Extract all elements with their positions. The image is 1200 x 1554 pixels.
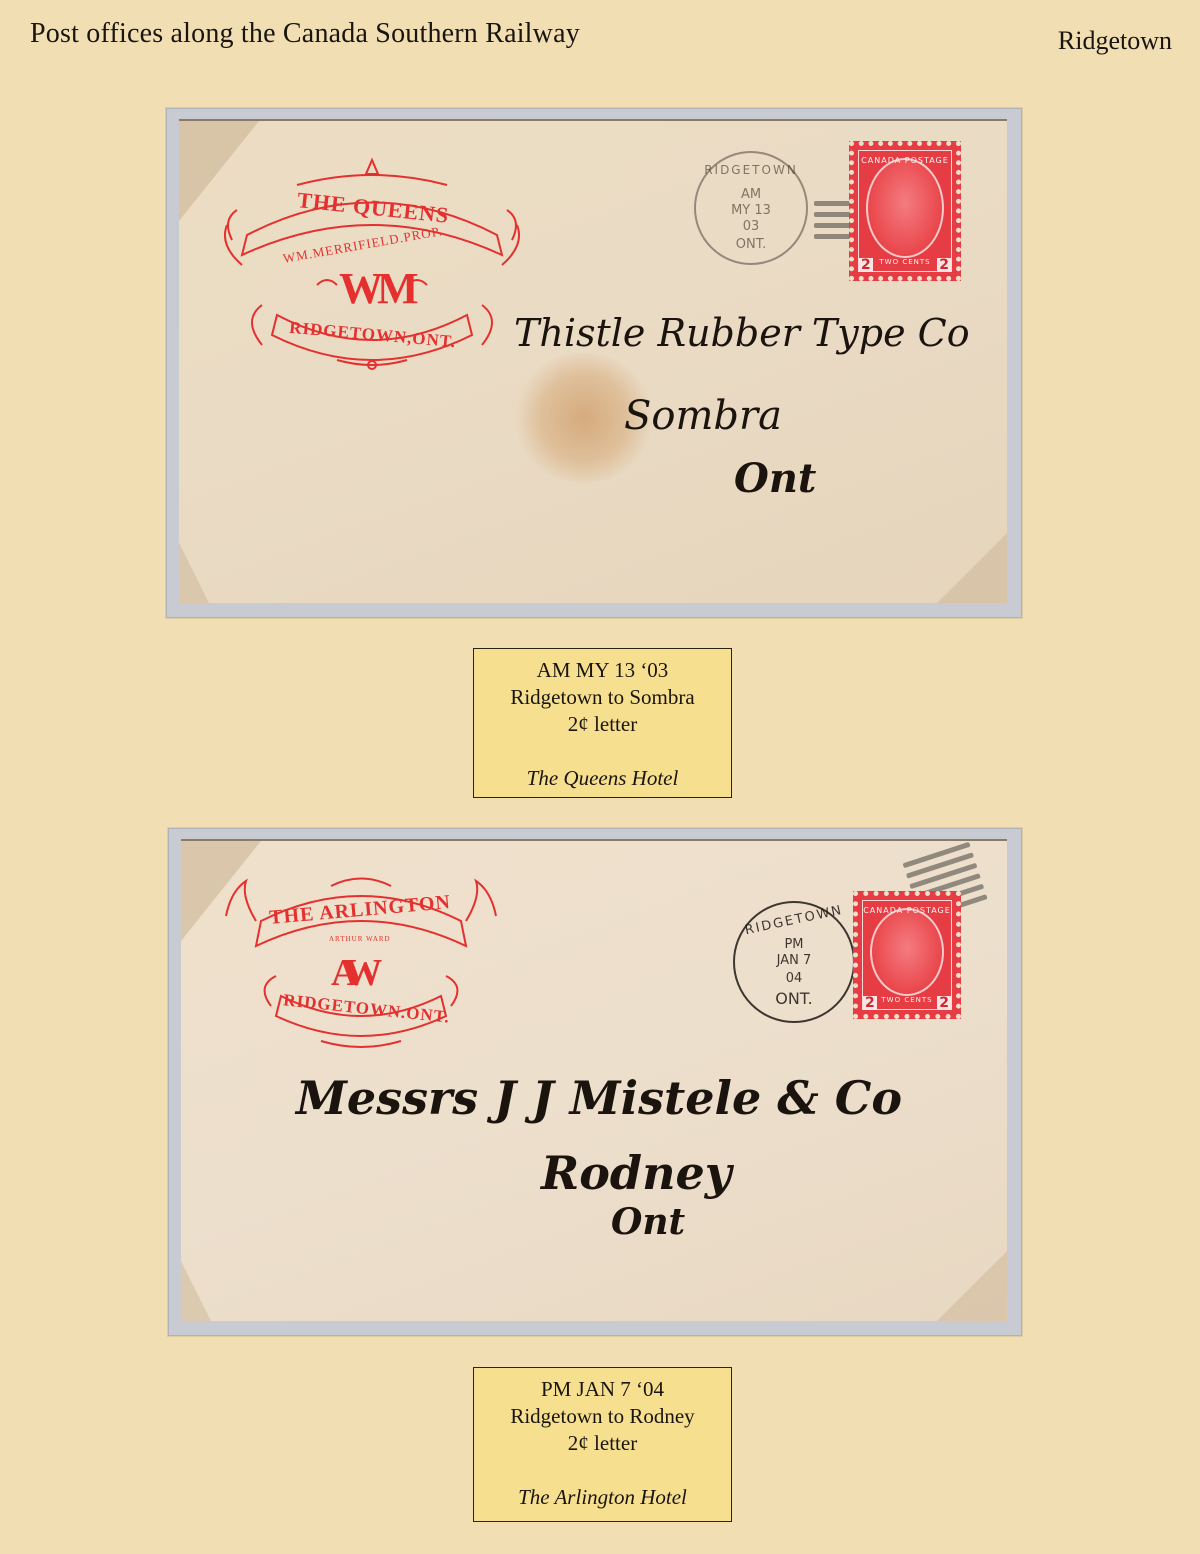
cover-mount-1: THE QUEENS WM.MERRIFIELD.PROP. WM RIDGET… xyxy=(166,108,1022,618)
cover-mount-2: THE ARLINGTON ARTHUR WARD AW RIDGETOWN.O… xyxy=(168,828,1022,1336)
caption-date: AM MY 13 ‘03 xyxy=(474,657,731,684)
postage-stamp-victoria: CANADA POSTAGE TWO CENTS 2 2 xyxy=(849,141,961,281)
stamp-top-text: CANADA POSTAGE xyxy=(854,156,956,165)
caption-route: Ridgetown to Rodney xyxy=(474,1403,731,1430)
postmark-town: RIDGETOWN xyxy=(735,901,854,940)
address-line-3: Ont xyxy=(611,1201,685,1243)
postmark-date: MY 13 xyxy=(696,203,806,218)
stamp-denomination: 2 xyxy=(937,258,951,272)
envelope-flap xyxy=(181,1261,211,1321)
stamp-denomination: 2 xyxy=(859,258,873,272)
postmark-time: PM xyxy=(735,937,853,952)
caption-box-1: AM MY 13 ‘03 Ridgetown to Sombra 2¢ lett… xyxy=(473,648,732,798)
caption-route: Ridgetown to Sombra xyxy=(474,684,731,711)
caption-rate: 2¢ letter xyxy=(474,1430,731,1457)
address-line-3: Ont xyxy=(734,455,816,502)
postmark-town: RIDGETOWN xyxy=(696,163,806,177)
postmark-year: 03 xyxy=(696,219,806,234)
caption-rate: 2¢ letter xyxy=(474,711,731,738)
address-line-1: Messrs J J Mistele & Co xyxy=(296,1071,902,1125)
caption-hotel: The Arlington Hotel xyxy=(474,1484,731,1511)
address-line-2: Sombra xyxy=(624,393,782,439)
stamp-top-text: CANADA POSTAGE xyxy=(858,906,956,915)
postmark-circle: RIDGETOWN PM JAN 7 04 ONT. xyxy=(733,901,855,1023)
monogram: WM xyxy=(339,263,413,314)
stamp-denomination: 2 xyxy=(937,996,951,1010)
proprietor: ARTHUR WARD xyxy=(329,935,391,943)
envelope-1: THE QUEENS WM.MERRIFIELD.PROP. WM RIDGET… xyxy=(179,119,1007,603)
postmark-circle: RIDGETOWN AM MY 13 03 ONT. xyxy=(694,151,808,265)
corner-card-arlington: THE ARLINGTON ARTHUR WARD AW RIDGETOWN.O… xyxy=(221,871,501,1051)
corner-card-queens: THE QUEENS WM.MERRIFIELD.PROP. WM RIDGET… xyxy=(217,155,527,375)
monogram: AW xyxy=(331,951,372,995)
portrait-icon xyxy=(866,158,944,258)
page-location: Ridgetown xyxy=(1058,26,1172,56)
envelope-flap xyxy=(179,543,209,603)
postmark-date: JAN 7 xyxy=(735,953,853,968)
postmark-time: AM xyxy=(696,187,806,202)
postage-stamp-edward: CANADA POSTAGE TWO CENTS 2 2 xyxy=(853,891,961,1019)
stamp-denomination: 2 xyxy=(863,996,877,1010)
postmark-province: ONT. xyxy=(735,989,853,1008)
portrait-icon xyxy=(870,908,944,996)
postmark-cancel-bars xyxy=(814,201,854,245)
envelope-flap xyxy=(937,533,1007,603)
postmark-province: ONT. xyxy=(696,237,806,252)
envelope-2: THE ARLINGTON ARTHUR WARD AW RIDGETOWN.O… xyxy=(181,839,1007,1321)
caption-hotel: The Queens Hotel xyxy=(474,765,731,792)
envelope-flap xyxy=(937,1251,1007,1321)
caption-date: PM JAN 7 ‘04 xyxy=(474,1376,731,1403)
postmark-year: 04 xyxy=(735,971,853,986)
caption-box-2: PM JAN 7 ‘04 Ridgetown to Rodney 2¢ lett… xyxy=(473,1367,732,1522)
address-line-2: Rodney xyxy=(541,1146,732,1200)
page-title: Post offices along the Canada Southern R… xyxy=(30,18,580,50)
address-line-1: Thistle Rubber Type Co xyxy=(514,311,970,355)
